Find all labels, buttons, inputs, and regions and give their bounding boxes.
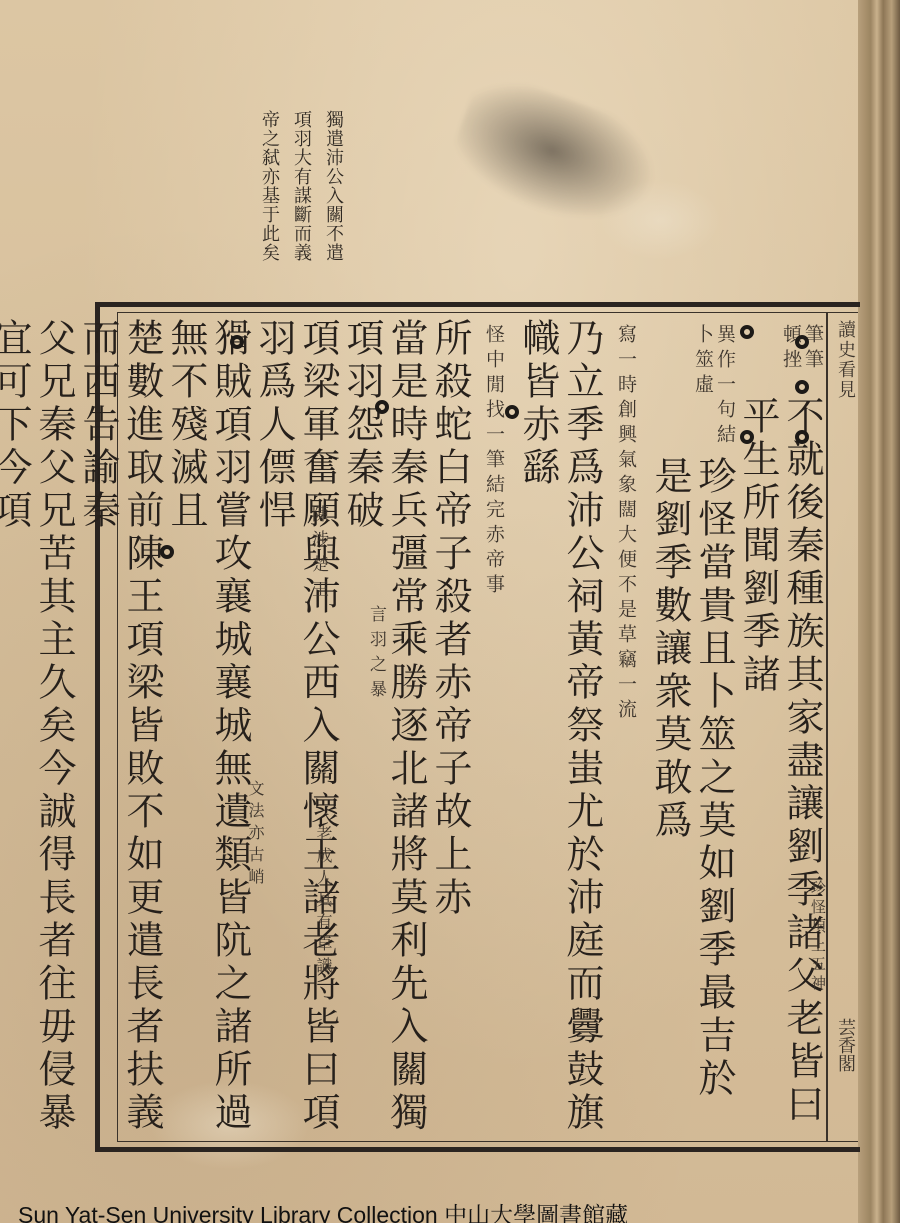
library-collection-watermark: Sun Yat-Sen University Library Collectio… [18,1197,628,1223]
main-text: 父兄秦父兄苦其主久矣今誠得長者往毋侵暴宜可下今項 [0,318,76,1138]
print-frame-fold-line [826,312,828,1142]
text-column-7: 當是時秦兵彊常乘勝逐北諸將莫利先入關獨項羽怨秦破 [340,318,428,1138]
interlinear-note: 寫一時創興氣象闊大便不是草竊一流 [615,324,637,724]
emphasis-circle-mark [795,430,809,444]
emphasis-circle-mark [230,335,244,349]
emphasis-circle-mark [160,545,174,559]
main-text: 當是時秦兵彊常乘勝逐北諸將莫利先入關獨項羽怨秦破 [340,318,428,1135]
emphasis-circle-mark [795,335,809,349]
top-note-column: 帝之弑亦基于此矣 [258,110,280,300]
interlinear-note: 怪中閒找一筆結完赤帝事 [483,324,505,599]
main-text-body: 不就後秦種族其家盡讓劉季諸父老皆曰平生所聞劉季諸 筆筆頓挫 珍怪當貴且卜筮之莫如… [118,318,824,1138]
text-column-3-commentary: 寫一時創興氣象闊大便不是草竊一流 [604,318,648,1138]
main-text: 所殺蛇白帝子殺者赤帝子故上赤 [428,318,472,920]
main-text: 楚數進取前陳王項梁皆敗不如更遣長者扶義而西告諭秦 [76,318,164,1138]
main-text: 珍怪當貴且卜筮之莫如劉季最吉於是劉季數讓衆莫敢爲 [648,456,736,1138]
text-column-9: 猾賊項羽嘗攻襄城襄城無遺類皆阬之諸所過無不殘滅且 [164,318,252,1138]
emphasis-circle-mark [505,405,519,419]
main-text: 不就後秦種族其家盡讓劉季諸父老皆曰平生所聞劉季諸 [736,396,824,1138]
main-text: 乃立季爲沛公祠黃帝祭蚩尤於沛庭而釁鼓旗幟皆赤繇 [516,318,604,1135]
emphasis-circle-mark [740,325,754,339]
interlinear-note: 陳涉楚王 [306,505,331,605]
main-text: 猾賊項羽嘗攻襄城襄城無遺類皆阬之諸所過無不殘滅且 [164,318,252,1138]
interlinear-note: 珍怪項上五神 [808,880,829,994]
top-note-column: 獨遣沛公入關不遣 [322,110,344,300]
interlinear-note: 老成人具有卓識 [312,825,335,979]
main-text: 項梁軍奮願與沛公西入關懷王諸老將皆曰項羽爲人僄悍 [252,318,340,1135]
text-column-2: 珍怪當貴且卜筮之莫如劉季最吉於是劉季數讓衆莫敢爲 異作一句結卜筮虛 [648,318,736,1138]
text-column-10: 楚數進取前陳王項梁皆敗不如更遣長者扶義而西告諭秦 [76,318,164,1138]
interlinear-note: 文法亦古峭 [244,780,267,890]
interlinear-note: 異作一句結卜筮虛 [692,324,736,456]
book-spine-edge [858,0,900,1223]
text-column-11: 父兄秦父兄苦其主久矣今誠得長者往毋侵暴宜可下今項 [0,318,76,1138]
text-column-5-commentary: 怪中閒找一筆結完赤帝事 [472,318,516,1138]
emphasis-circle-mark [740,430,754,444]
top-note-column: 項羽大有謀斷而義 [290,110,312,300]
top-margin-commentary: 獨遣沛公入關不遣 項羽大有謀斷而義 帝之弑亦基于此矣 [258,110,344,300]
interlinear-note: 言羽之暴 [364,605,389,705]
text-column-6: 所殺蛇白帝子殺者赤帝子故上赤 [428,318,472,1138]
text-column-8: 項梁軍奮願與沛公西入關懷王諸老將皆曰項羽爲人僄悍 [252,318,340,1138]
water-stain [600,180,720,260]
emphasis-circle-mark [375,400,389,414]
emphasis-circle-mark [795,380,809,394]
text-column-4: 乃立季爲沛公祠黃帝祭蚩尤於沛庭而釁鼓旗幟皆赤繇 [516,318,604,1138]
